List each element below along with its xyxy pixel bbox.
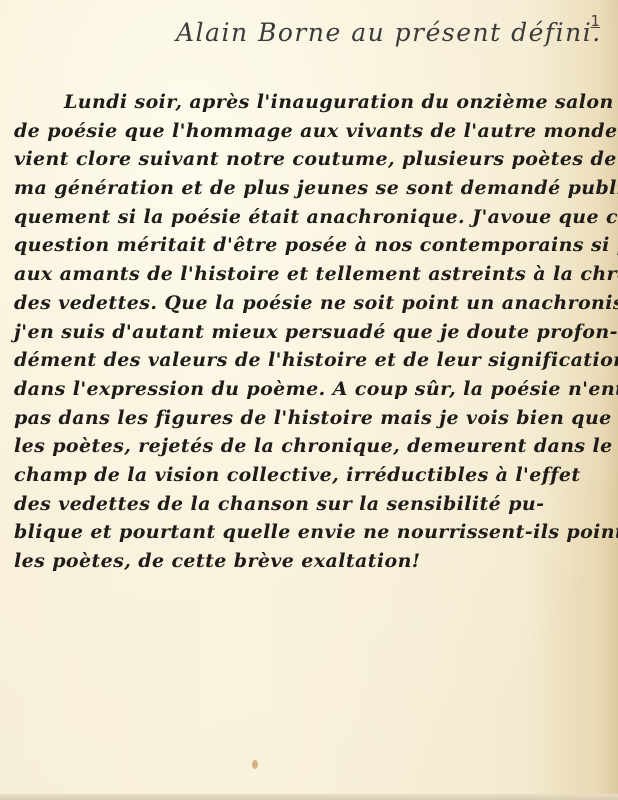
- text-line: blique et pourtant quelle envie ne nourr…: [14, 518, 614, 547]
- text-line: des vedettes de la chanson sur la sensib…: [14, 490, 614, 519]
- text-line: aux amants de l'histoire et tellement as…: [14, 260, 614, 289]
- text-line: champ de la vision collective, irréducti…: [14, 461, 614, 490]
- text-line: vient clore suivant notre coutume, plusi…: [14, 145, 614, 174]
- text-line: Lundi soir, après l'inauguration du onzi…: [14, 88, 614, 117]
- text-line: j'en suis d'autant mieux persuadé que je…: [14, 318, 614, 347]
- text-line: les poètes, de cette brève exaltation!: [14, 547, 614, 576]
- manuscript-page: Alain Borne au présent défini. 1 Lundi s…: [0, 0, 618, 800]
- text-line: ma génération et de plus jeunes se sont …: [14, 174, 614, 203]
- text-line: dans l'expression du poème. A coup sûr, …: [14, 375, 614, 404]
- text-line: question méritait d'être posée à nos con…: [14, 231, 614, 260]
- text-line: des vedettes. Que la poésie ne soit poin…: [14, 289, 614, 318]
- page-header: Alain Borne au présent défini. 1: [170, 12, 610, 52]
- handwritten-body: Lundi soir, après l'inauguration du onzi…: [14, 88, 614, 576]
- text-line: pas dans les figures de l'histoire mais …: [14, 404, 614, 433]
- text-line: dément des valeurs de l'histoire et de l…: [14, 346, 614, 375]
- document-title: Alain Borne au présent défini.: [176, 18, 602, 47]
- paper-stain: [252, 760, 258, 769]
- text-line: quement si la poésie était anachronique.…: [14, 203, 614, 232]
- text-line: de poésie que l'hommage aux vivants de l…: [14, 117, 614, 146]
- text-line: les poètes, rejetés de la chronique, dem…: [14, 432, 614, 461]
- page-number: 1: [590, 12, 600, 30]
